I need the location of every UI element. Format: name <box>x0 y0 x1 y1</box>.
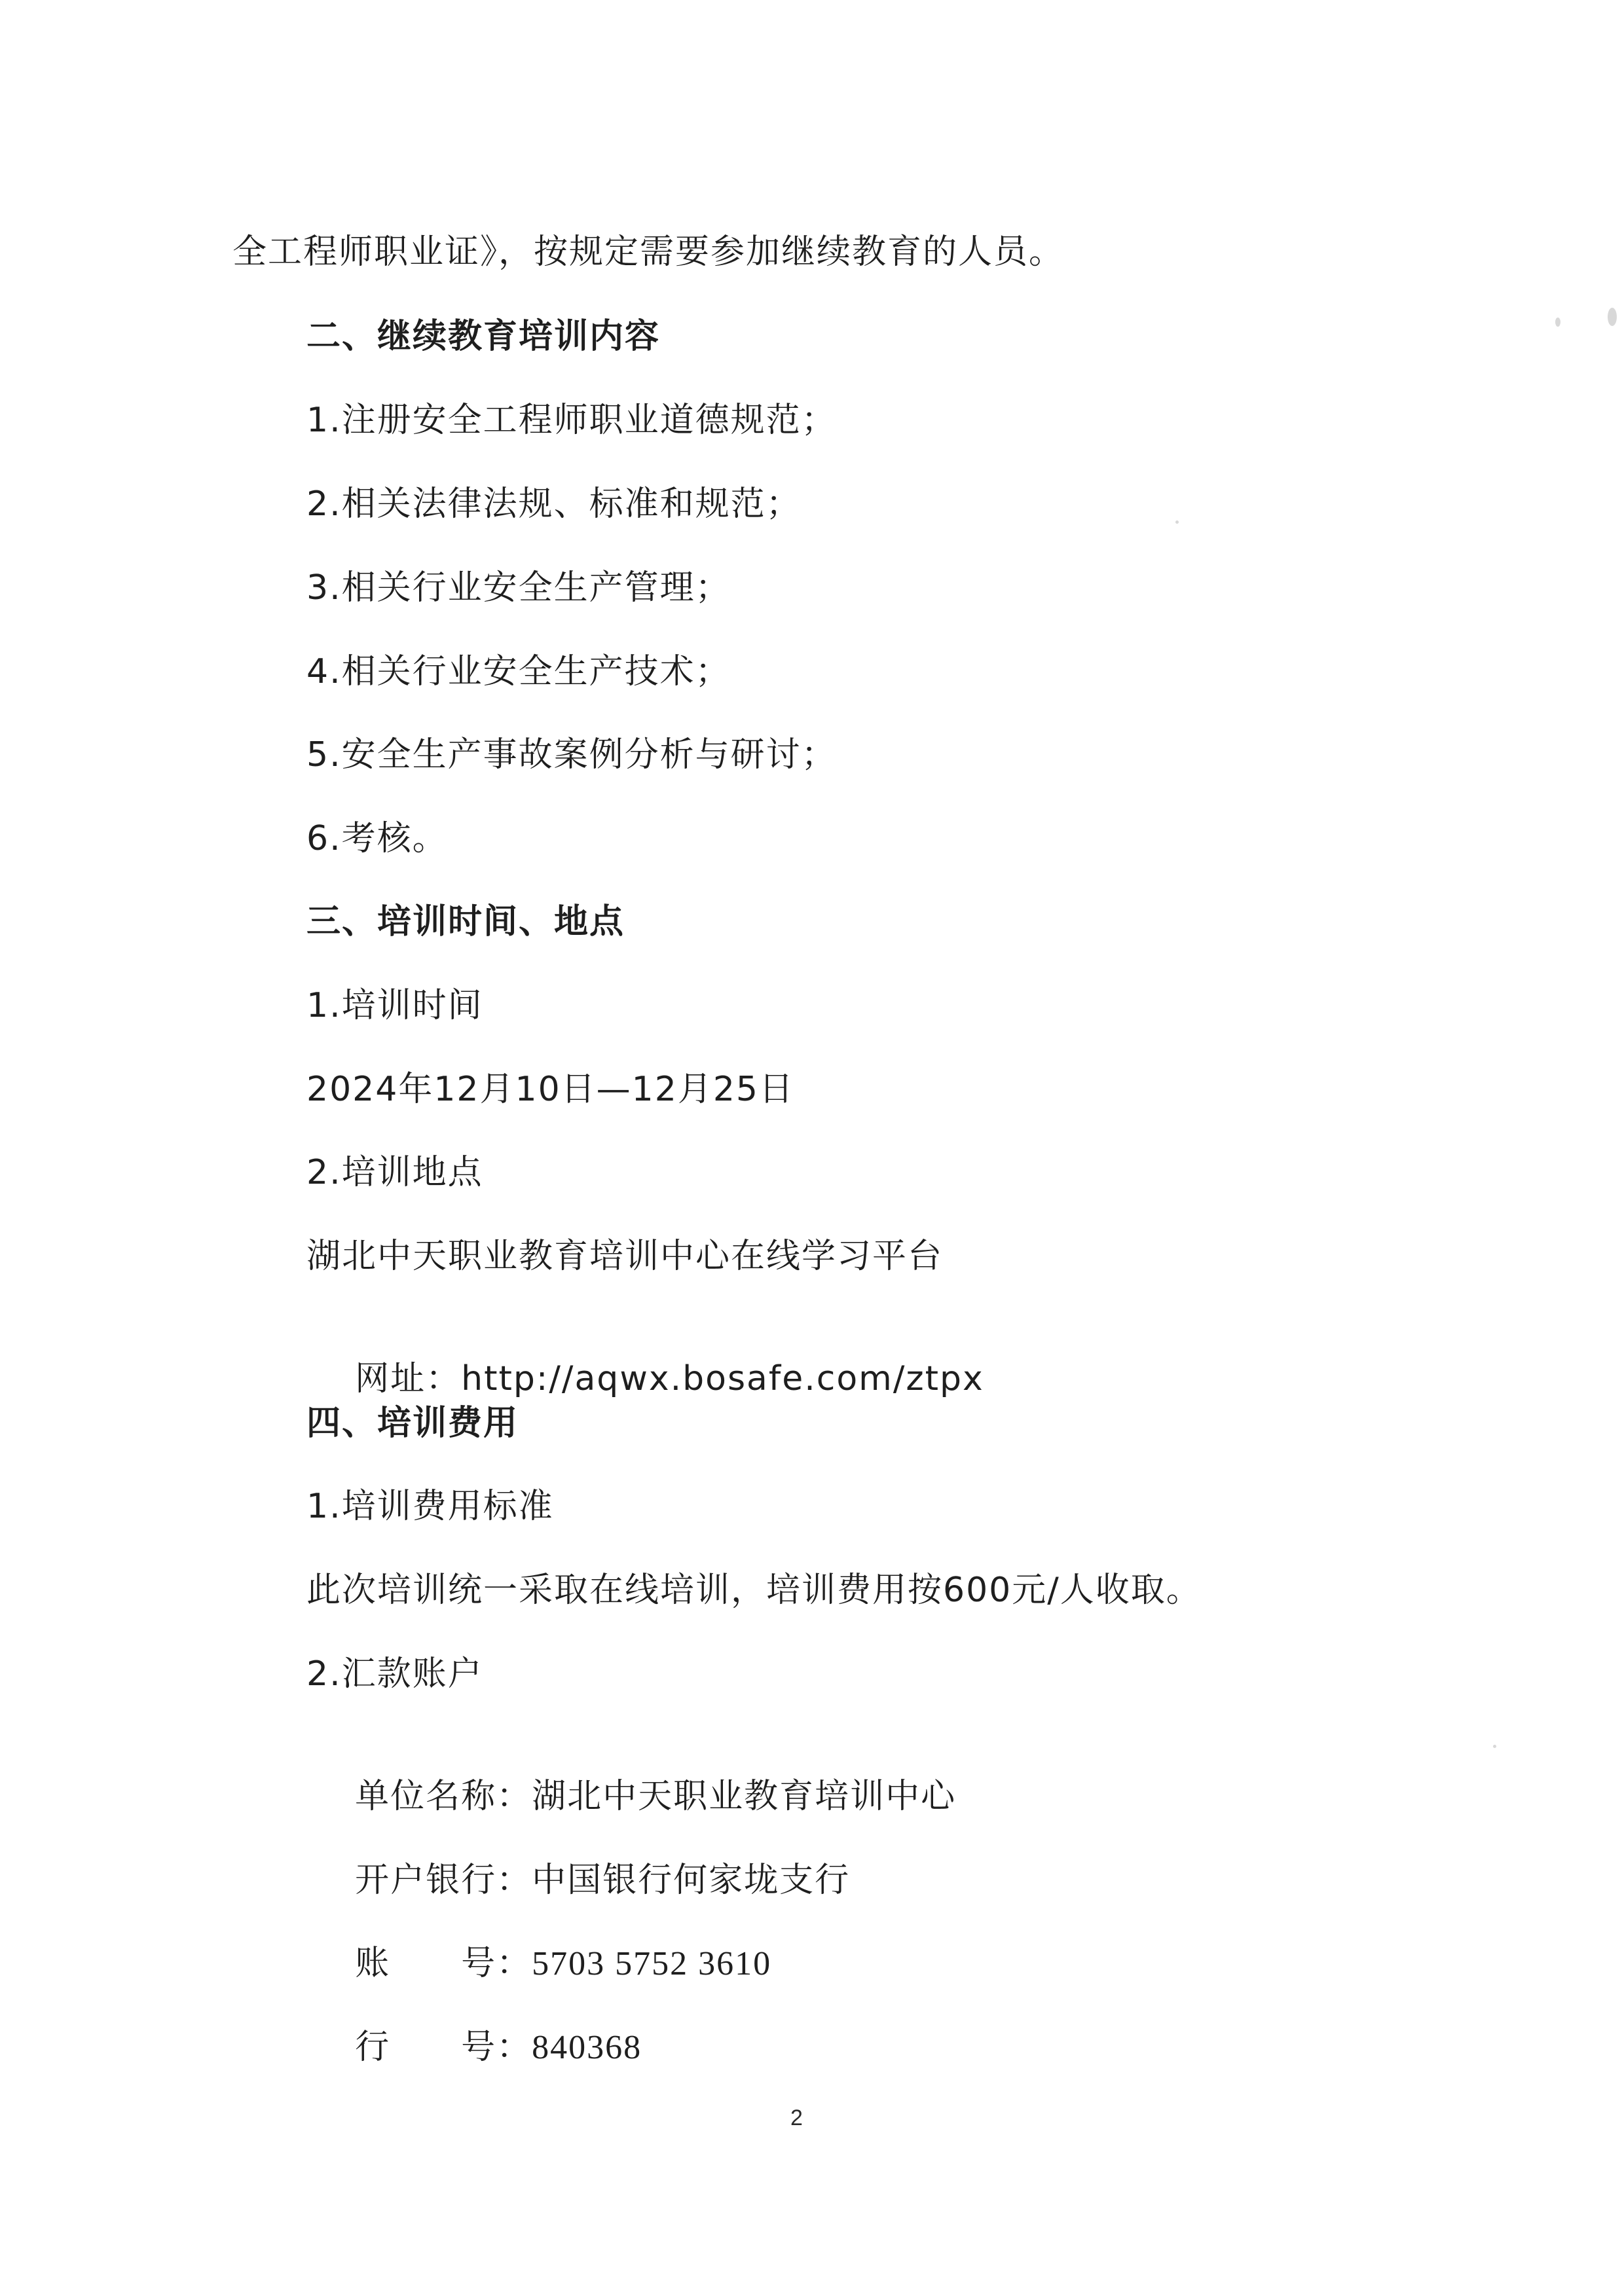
account-number-value: 5703 5752 3610 <box>532 1945 771 1982</box>
bank-code-label-char-1: 行 <box>355 2028 390 2067</box>
document-page: 全工程师职业证》，按规定需要参加继续教育的人员。 二、继续教育培训内容 1.注册… <box>0 0 1624 2296</box>
page-number: 2 <box>790 2105 803 2131</box>
bank-code-value: 840368 <box>532 2029 642 2066</box>
scan-speck <box>1493 1745 1496 1748</box>
website-link[interactable]: http://aqwx.bosafe.com/ztpx <box>461 1359 984 1398</box>
content-item-1: 1.注册安全工程师职业道德规范； <box>306 401 837 440</box>
training-platform: 湖北中天职业教育培训中心在线学习平台 <box>306 1237 943 1276</box>
bank-code-label-char-2: 号： <box>461 2028 532 2067</box>
remittance-account-label: 2.汇款账户 <box>306 1654 483 1694</box>
scan-speck <box>1555 318 1560 327</box>
content-item-5: 5.安全生产事故案例分析与研讨； <box>306 735 837 774</box>
account-label-char-2: 号： <box>461 1944 532 1983</box>
content-item-2: 2.相关法律法规、标准和规范； <box>306 484 802 524</box>
bank-code-line: 行号：840368 <box>306 1988 642 2107</box>
scan-speck <box>1175 520 1179 524</box>
content-item-6: 6.考核。 <box>306 819 448 858</box>
fee-standard-label: 1.培训费用标准 <box>306 1487 554 1526</box>
bank-value: 中国银行何家垅支行 <box>532 1861 850 1900</box>
fee-description: 此次培训统一采取在线培训，培训费用按600元/人收取。 <box>306 1571 1202 1610</box>
website-label: 网址： <box>355 1359 461 1398</box>
account-label-char-1: 账 <box>355 1944 390 1983</box>
section-heading-time-place: 三、培训时间、地点 <box>306 902 625 941</box>
content-item-3: 3.相关行业安全生产管理； <box>306 568 731 608</box>
section-heading-fees: 四、培训费用 <box>306 1404 519 1443</box>
section-heading-content: 二、继续教育培训内容 <box>306 317 660 356</box>
bank-label: 开户银行： <box>355 1861 532 1900</box>
training-place-label: 2.培训地点 <box>306 1153 483 1192</box>
training-dates: 2024年12月10日—12月25日 <box>306 1070 794 1109</box>
continuation-line: 全工程师职业证》，按规定需要参加继续教育的人员。 <box>232 232 1064 272</box>
content-item-4: 4.相关行业安全生产技术； <box>306 652 731 691</box>
unit-name-value: 湖北中天职业教育培训中心 <box>532 1777 956 1816</box>
unit-name-label: 单位名称： <box>355 1777 532 1816</box>
training-time-label: 1.培训时间 <box>306 986 483 1025</box>
scan-speck <box>1608 308 1617 326</box>
